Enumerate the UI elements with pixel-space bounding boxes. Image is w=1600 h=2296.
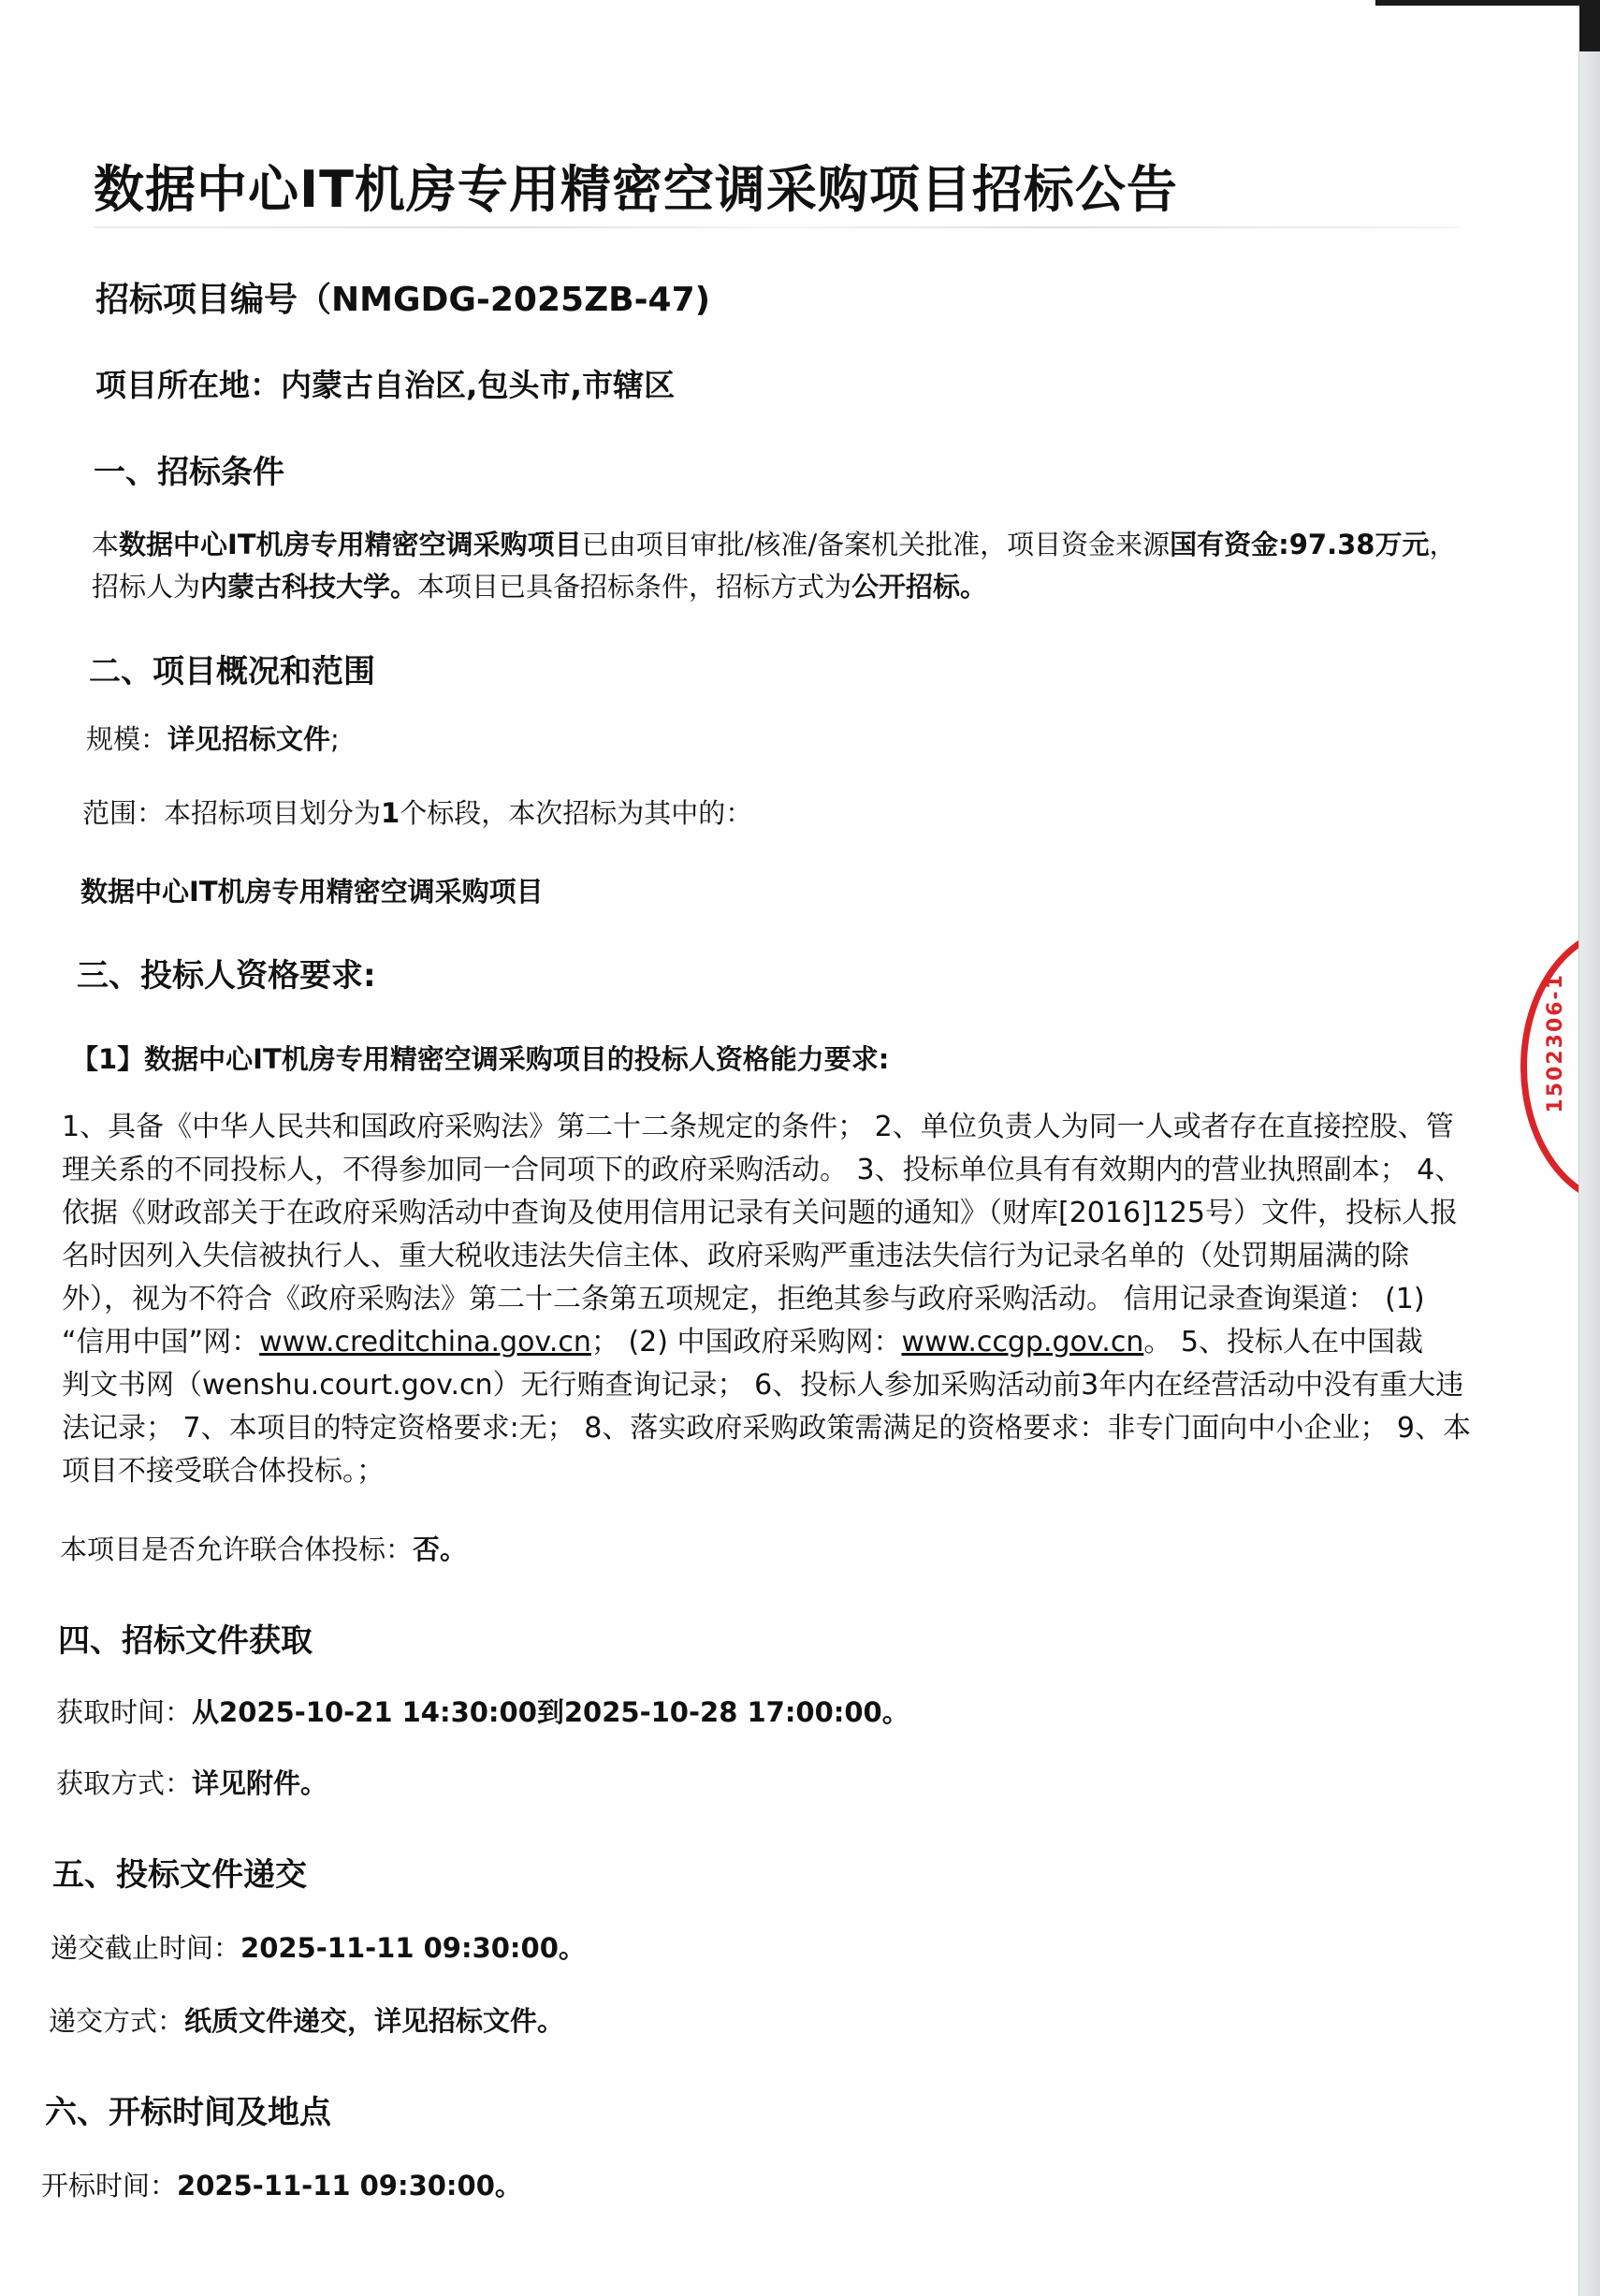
scan-edge-top (1375, 0, 1600, 6)
text: 本 (92, 529, 119, 560)
creditchina-link[interactable]: www.creditchina.gov.cn (259, 1326, 591, 1359)
acquisition-time: 获取时间：从2025-10-21 14:30:00到2025-10-28 17:… (56, 1692, 909, 1730)
text: 范围：本招标项目划分为 (82, 797, 381, 829)
requirements-line: “信用中国”网：www.creditchina.gov.cn； (2) 中国政府… (62, 1321, 1521, 1364)
project-name-bold: 数据中心IT机房专用精密空调采购项目 (119, 529, 582, 560)
seal-text: 1502306-1 (1544, 973, 1567, 1113)
submission-method-label: 递交方式： (49, 2005, 184, 2037)
opening-time-label: 开标时间： (41, 2170, 177, 2202)
consortium-label: 本项目是否允许联合体投标： (60, 1533, 413, 1565)
consortium-line: 本项目是否允许联合体投标：否。 (60, 1529, 467, 1567)
location-value: 内蒙古自治区,包头市,市辖区 (281, 367, 675, 403)
acquisition-method: 获取方式：详见附件。 (56, 1763, 327, 1801)
submission-deadline-label: 递交截止时间： (51, 1932, 240, 1964)
submission-method-value: 纸质文件递交，详见招标文件。 (184, 2005, 564, 2037)
project-number: 招标项目编号（NMGDG-2025ZB-47) (95, 273, 710, 321)
tender-method: 公开招标。 (851, 571, 987, 603)
requirements-line: 依据《财政部关于在政府采购活动中查询及使用信用记录有关问题的通知》（财库[201… (62, 1192, 1521, 1235)
text: 。 5、投标人在中国裁 (1143, 1326, 1423, 1359)
text: ； (2) 中国政府采购网： (591, 1326, 902, 1359)
consortium-value: 否。 (413, 1533, 467, 1565)
scale-label: 规模： (86, 723, 167, 755)
location-label: 项目所在地： (95, 367, 281, 403)
ccgp-link[interactable]: www.ccgp.gov.cn (901, 1326, 1143, 1359)
opening-time-value: 2025-11-11 09:30:00。 (177, 2170, 522, 2202)
submission-deadline-value: 2025-11-11 09:30:00。 (240, 1932, 586, 1964)
acquisition-time-label: 获取时间： (56, 1696, 192, 1728)
scale-line: 规模：详见招标文件; (86, 719, 340, 757)
title-divider (94, 226, 1460, 228)
lot-count: 1 (381, 797, 400, 829)
text: ， (1429, 529, 1456, 560)
acquisition-method-value: 详见附件。 (192, 1767, 327, 1799)
submission-deadline: 递交截止时间：2025-11-11 09:30:00。 (51, 1927, 586, 1966)
official-seal: 1502306-1 (1497, 898, 1581, 1235)
acquisition-method-label: 获取方式： (56, 1767, 192, 1799)
qualification-requirements: 1、具备《中华人民共和国政府采购法》第二十二条规定的条件； 2、单位负责人为同一… (62, 1106, 1521, 1493)
text: 个标段，本次招标为其中的： (400, 797, 752, 829)
section-heading-6: 六、开标时间及地点 (45, 2086, 331, 2132)
funding-source: 国有资金:97.38万元 (1170, 529, 1429, 560)
acquisition-time-value: 从2025-10-21 14:30:00到2025-10-28 17:00:00… (192, 1696, 909, 1728)
document-page: 数据中心IT机房专用精密空调采购项目招标公告 招标项目编号（NMGDG-2025… (0, 0, 1581, 2296)
submission-method: 递交方式：纸质文件递交，详见招标文件。 (49, 2000, 564, 2039)
opening-time: 开标时间：2025-11-11 09:30:00。 (41, 2165, 522, 2203)
requirements-line: 外），视为不符合《政府采购法》第二十二条第五项规定，拒绝其参与政府采购活动。 信… (62, 1278, 1521, 1321)
qualification-subheading: 【1】数据中心IT机房专用精密空调采购项目的投标人资格能力要求: (71, 1039, 889, 1077)
scale-value: 详见招标文件 (167, 723, 330, 755)
section-1-line-2: 招标人为内蒙古科技大学。本项目已具备招标条件，招标方式为公开招标。 (92, 566, 987, 604)
text: 本项目已具备招标条件，招标方式为 (417, 571, 851, 603)
section-heading-2: 二、项目概况和范围 (89, 646, 375, 691)
scan-edge-right (1578, 51, 1600, 2296)
text: ; (330, 723, 340, 755)
section-1-line-1: 本数据中心IT机房专用精密空调采购项目已由项目审批/核准/备案机关批准，项目资金… (92, 524, 1456, 562)
text: 招标人为 (92, 571, 200, 603)
lot-name: 数据中心IT机房专用精密空调采购项目 (80, 871, 544, 909)
requirements-line: 项目不接受联合体投标。； (62, 1450, 1521, 1493)
tenderer-name: 内蒙古科技大学。 (200, 571, 417, 603)
project-location: 项目所在地：内蒙古自治区,包头市,市辖区 (95, 361, 675, 405)
scan-edge-corner (1579, 0, 1600, 51)
section-heading-5: 五、投标文件递交 (52, 1849, 307, 1895)
section-heading-3: 三、投标人资格要求: (77, 950, 376, 995)
section-heading-1: 一、招标条件 (94, 446, 284, 492)
requirements-line: 1、具备《中华人民共和国政府采购法》第二十二条规定的条件； 2、单位负责人为同一… (62, 1106, 1521, 1149)
text: 已由项目审批/核准/备案机关批准，项目资金来源 (582, 529, 1171, 560)
requirements-line: 名时因列入失信被执行人、重大税收违法失信主体、政府采购严重违法失信行为记录名单的… (62, 1235, 1521, 1278)
requirements-line: 法记录； 7、本项目的特定资格要求:无； 8、落实政府采购政策需满足的资格要求：… (62, 1407, 1521, 1450)
scope-line: 范围：本招标项目划分为1个标段，本次招标为其中的： (82, 792, 752, 831)
document-title: 数据中心IT机房专用精密空调采购项目招标公告 (94, 150, 1178, 222)
text: “信用中国”网： (62, 1326, 259, 1359)
requirements-line: 判文书网（wenshu.court.gov.cn）无行贿查询记录； 6、投标人参… (62, 1364, 1521, 1407)
section-heading-4: 四、招标文件获取 (58, 1615, 313, 1661)
requirements-line: 理关系的不同投标人，不得参加同一合同项下的政府采购活动。 3、投标单位具有有效期… (62, 1149, 1521, 1192)
